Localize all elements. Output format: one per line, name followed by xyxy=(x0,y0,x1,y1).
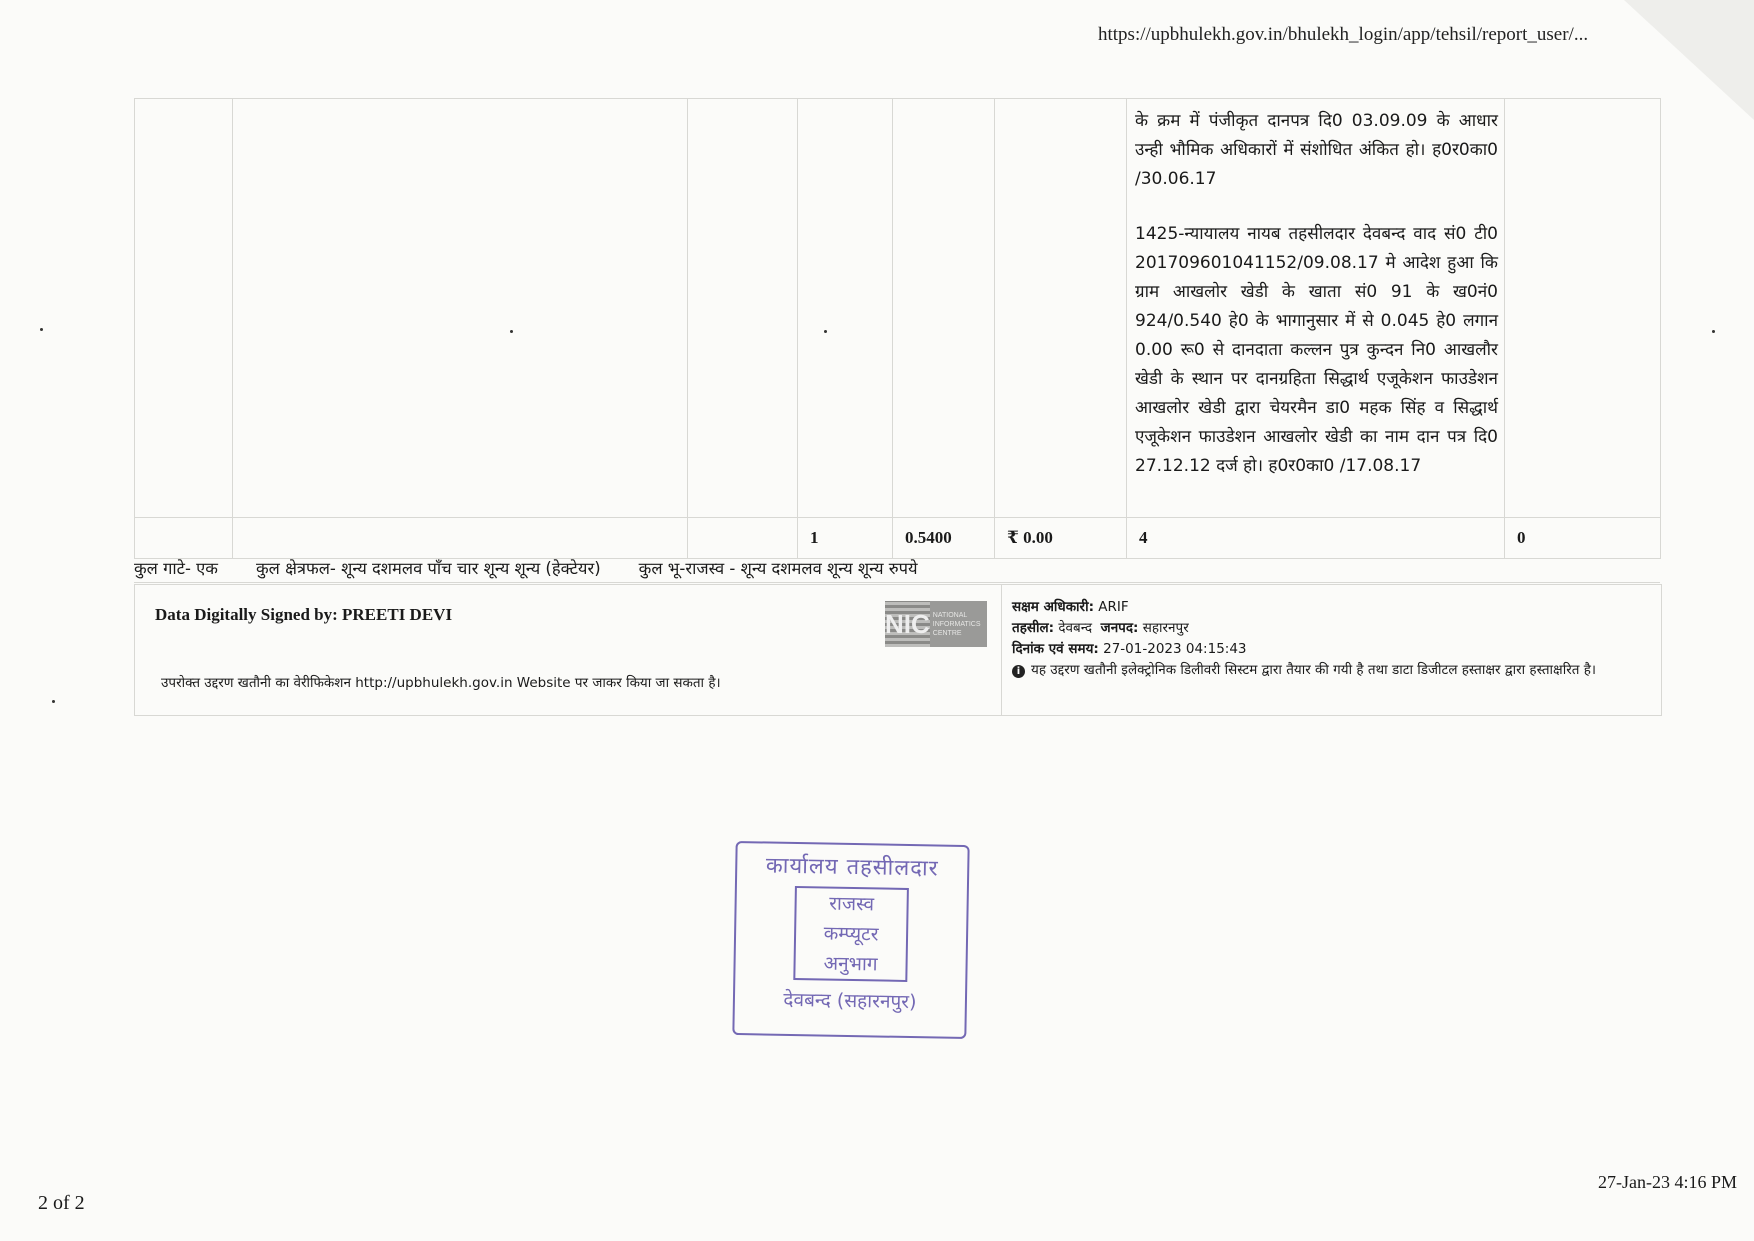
scan-speck xyxy=(52,700,55,703)
district-label: जनपद: xyxy=(1101,620,1139,636)
nic-logo-text: NATIONAL INFORMATICS CENTRE xyxy=(930,611,987,638)
tehsil-office-stamp: कार्यालय तहसीलदार राजस्व कम्प्यूटर अनुभा… xyxy=(732,841,969,1039)
info-text: यह उद्दरण खतौनी इलेक्ट्रोनिक डिलीवरी सिस… xyxy=(1031,662,1596,678)
verification-note: उपरोक्त उद्दरण खतौनी का वेरीफिकेशन http:… xyxy=(161,673,721,691)
district-value: सहारनपुर xyxy=(1143,620,1189,636)
info-circle-icon: i xyxy=(1012,665,1025,678)
page-number: 2 of 2 xyxy=(38,1192,85,1215)
stamp-location: देवबन्द (सहारनपुर) xyxy=(735,985,965,1015)
nic-logo: NIC NATIONAL INFORMATICS CENTRE xyxy=(885,601,987,647)
datetime-label: दिनांक एवं समय: xyxy=(1012,641,1099,657)
total-last: 0 xyxy=(1505,518,1661,559)
scan-speck xyxy=(510,330,513,333)
stamp-line: कम्प्यूटर xyxy=(796,918,907,950)
total-remarks: 4 xyxy=(1127,518,1505,559)
print-datetime: 27-Jan-23 4:16 PM xyxy=(1598,1172,1737,1193)
tehsil-value: देवबन्द xyxy=(1058,620,1092,636)
table-row: के क्रम में पंजीकृत दानपत्र दि0 03.09.09… xyxy=(135,99,1661,518)
page-url: https://upbhulekh.gov.in/bhulekh_login/a… xyxy=(1098,24,1588,46)
officer-label: सक्षम अधिकारी: xyxy=(1012,599,1094,615)
stamp-line: राजस्व xyxy=(796,888,907,920)
officer-info: सक्षम अधिकारी: ARIF तहसील: देवबन्द जनपद:… xyxy=(1002,585,1661,715)
summary-total-revenue: कुल भू-राजस्व - शून्य दशमलव शून्य शून्य … xyxy=(639,556,918,582)
officer-value: ARIF xyxy=(1098,599,1128,615)
nic-logo-icon: NIC xyxy=(885,601,930,647)
total-plots: 1 xyxy=(798,518,893,559)
total-revenue: ₹ 0.00 xyxy=(995,518,1127,559)
remark-entry: 1425-न्यायालय नायब तहसीलदार देवबन्द वाद … xyxy=(1135,220,1498,481)
scan-speck xyxy=(40,328,43,331)
tehsil-label: तहसील: xyxy=(1012,620,1054,636)
stamp-inner-box: राजस्व कम्प्यूटर अनुभाग xyxy=(793,886,909,982)
summary-total-area: कुल क्षेत्रफल- शून्य दशमलव पाँच चार शून्… xyxy=(256,556,601,582)
summary-total-plots: कुल गाटे- एक xyxy=(134,556,218,582)
total-area: 0.5400 xyxy=(893,518,995,559)
stamp-line: अनुभाग xyxy=(795,948,906,980)
stamp-title: कार्यालय तहसीलदार xyxy=(737,849,967,883)
totals-row: 1 0.5400 ₹ 0.00 4 0 xyxy=(135,518,1661,559)
remarks-cell: के क्रम में पंजीकृत दानपत्र दि0 03.09.09… xyxy=(1127,99,1505,518)
signature-footer: Data Digitally Signed by: PREETI DEVI NI… xyxy=(134,584,1662,716)
scan-speck xyxy=(824,330,827,333)
summary-line: कुल गाटे- एक कुल क्षेत्रफल- शून्य दशमलव … xyxy=(134,556,1660,583)
khatauni-table: के क्रम में पंजीकृत दानपत्र दि0 03.09.09… xyxy=(134,98,1661,559)
remark-entry: के क्रम में पंजीकृत दानपत्र दि0 03.09.09… xyxy=(1135,107,1498,194)
signature-left: Data Digitally Signed by: PREETI DEVI NI… xyxy=(135,585,1002,715)
datetime-value: 27-01-2023 04:15:43 xyxy=(1103,641,1246,657)
digital-signature: Data Digitally Signed by: PREETI DEVI xyxy=(155,605,452,625)
scan-speck xyxy=(1712,330,1715,333)
